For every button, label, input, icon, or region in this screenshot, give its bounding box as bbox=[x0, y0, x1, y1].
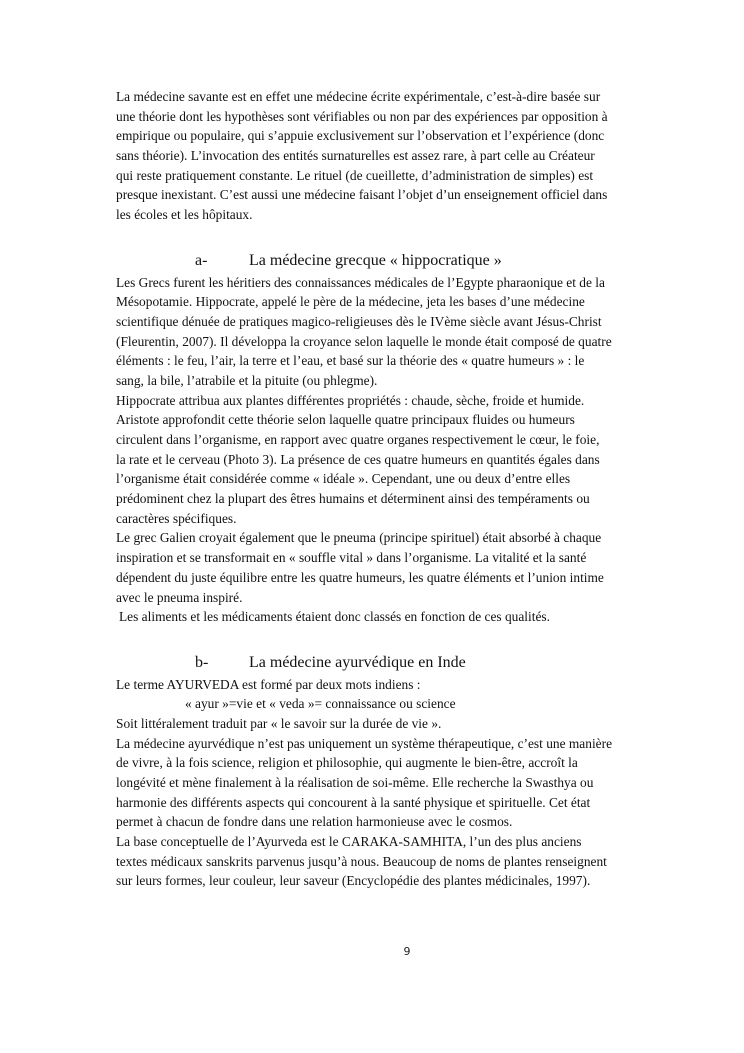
text-line: presque inexistant. C’est aussi une méde… bbox=[116, 185, 676, 205]
section-a-title: La médecine grecque « hippocratique » bbox=[249, 252, 502, 269]
text-line: la rate et le cerveau (Photo 3). La prés… bbox=[116, 450, 676, 470]
text-line: de vivre, à la fois science, religion et… bbox=[116, 753, 676, 773]
section-a-marker: a- bbox=[195, 249, 249, 273]
text-line: sans théorie). L’invocation des entités … bbox=[116, 146, 676, 166]
section-b-body: Le terme AYURVEDA est formé par deux mot… bbox=[116, 675, 676, 892]
section-b-heading: b-La médecine ayurvédique en Inde bbox=[116, 651, 676, 675]
text-line: harmonie des différents aspects qui conc… bbox=[116, 793, 676, 813]
text-line: (Fleurentin, 2007). Il développa la croy… bbox=[116, 332, 676, 352]
intro-paragraph: La médecine savante est en effet une méd… bbox=[116, 87, 676, 225]
text-line: caractères spécifiques. bbox=[116, 509, 676, 529]
text-line: qui reste pratiquement constante. Le rit… bbox=[116, 166, 676, 186]
text-line: prédominent chez la plupart des êtres hu… bbox=[116, 489, 676, 509]
text-line: Mésopotamie. Hippocrate, appelé le père … bbox=[116, 292, 676, 312]
text-line: La base conceptuelle de l’Ayurveda est l… bbox=[116, 832, 676, 852]
text-line: scientifique dénuée de pratiques magico-… bbox=[116, 312, 676, 332]
text-line: longévité et mène finalement à la réalis… bbox=[116, 773, 676, 793]
text-line: les écoles et les hôpitaux. bbox=[116, 205, 676, 225]
text-line: inspiration et se transformait en « souf… bbox=[116, 548, 676, 568]
text-line: Le grec Galien croyait également que le … bbox=[116, 528, 676, 548]
page-number: 9 bbox=[0, 945, 744, 958]
text-line: Hippocrate attribua aux plantes différen… bbox=[116, 391, 676, 411]
definition-line: « ayur »=vie et « veda »= connaissance o… bbox=[116, 694, 676, 714]
text-line: dépendent du juste équilibre entre les q… bbox=[116, 568, 676, 588]
section-a-body: Les Grecs furent les héritiers des conna… bbox=[116, 273, 676, 627]
text-line: Soit littéralement traduit par « le savo… bbox=[116, 714, 676, 734]
text-line: sang, la bile, l’atrabile et la pituite … bbox=[116, 371, 676, 391]
section-b-marker: b- bbox=[195, 651, 249, 675]
text-line: permet à chacun de fondre dans une relat… bbox=[116, 812, 676, 832]
text-line: La médecine ayurvédique n’est pas unique… bbox=[116, 734, 676, 754]
text-line: La médecine savante est en effet une méd… bbox=[116, 87, 676, 107]
text-line: éléments : le feu, l’air, la terre et l’… bbox=[116, 351, 676, 371]
text-line: avec le pneuma inspiré. bbox=[116, 588, 676, 608]
text-line: Aristote approfondit cette théorie selon… bbox=[116, 410, 676, 430]
text-line: circulent dans l’organisme, en rapport a… bbox=[116, 430, 676, 450]
text-line: l’organisme était considérée comme « idé… bbox=[116, 469, 676, 489]
text-line: sur leurs formes, leur couleur, leur sav… bbox=[116, 871, 676, 891]
section-b-title: La médecine ayurvédique en Inde bbox=[249, 654, 466, 671]
text-line: empirique ou populaire, qui s’appuie exc… bbox=[116, 126, 676, 146]
section-a-heading: a-La médecine grecque « hippocratique » bbox=[116, 249, 676, 273]
text-line: Les aliments et les médicaments étaient … bbox=[116, 607, 676, 627]
text-line: textes médicaux sanskrits parvenus jusqu… bbox=[116, 852, 676, 872]
document-page: La médecine savante est en effet une méd… bbox=[116, 87, 676, 891]
text-line: Le terme AYURVEDA est formé par deux mot… bbox=[116, 675, 676, 695]
text-line: Les Grecs furent les héritiers des conna… bbox=[116, 273, 676, 293]
text-line: une théorie dont les hypothèses sont vér… bbox=[116, 107, 676, 127]
